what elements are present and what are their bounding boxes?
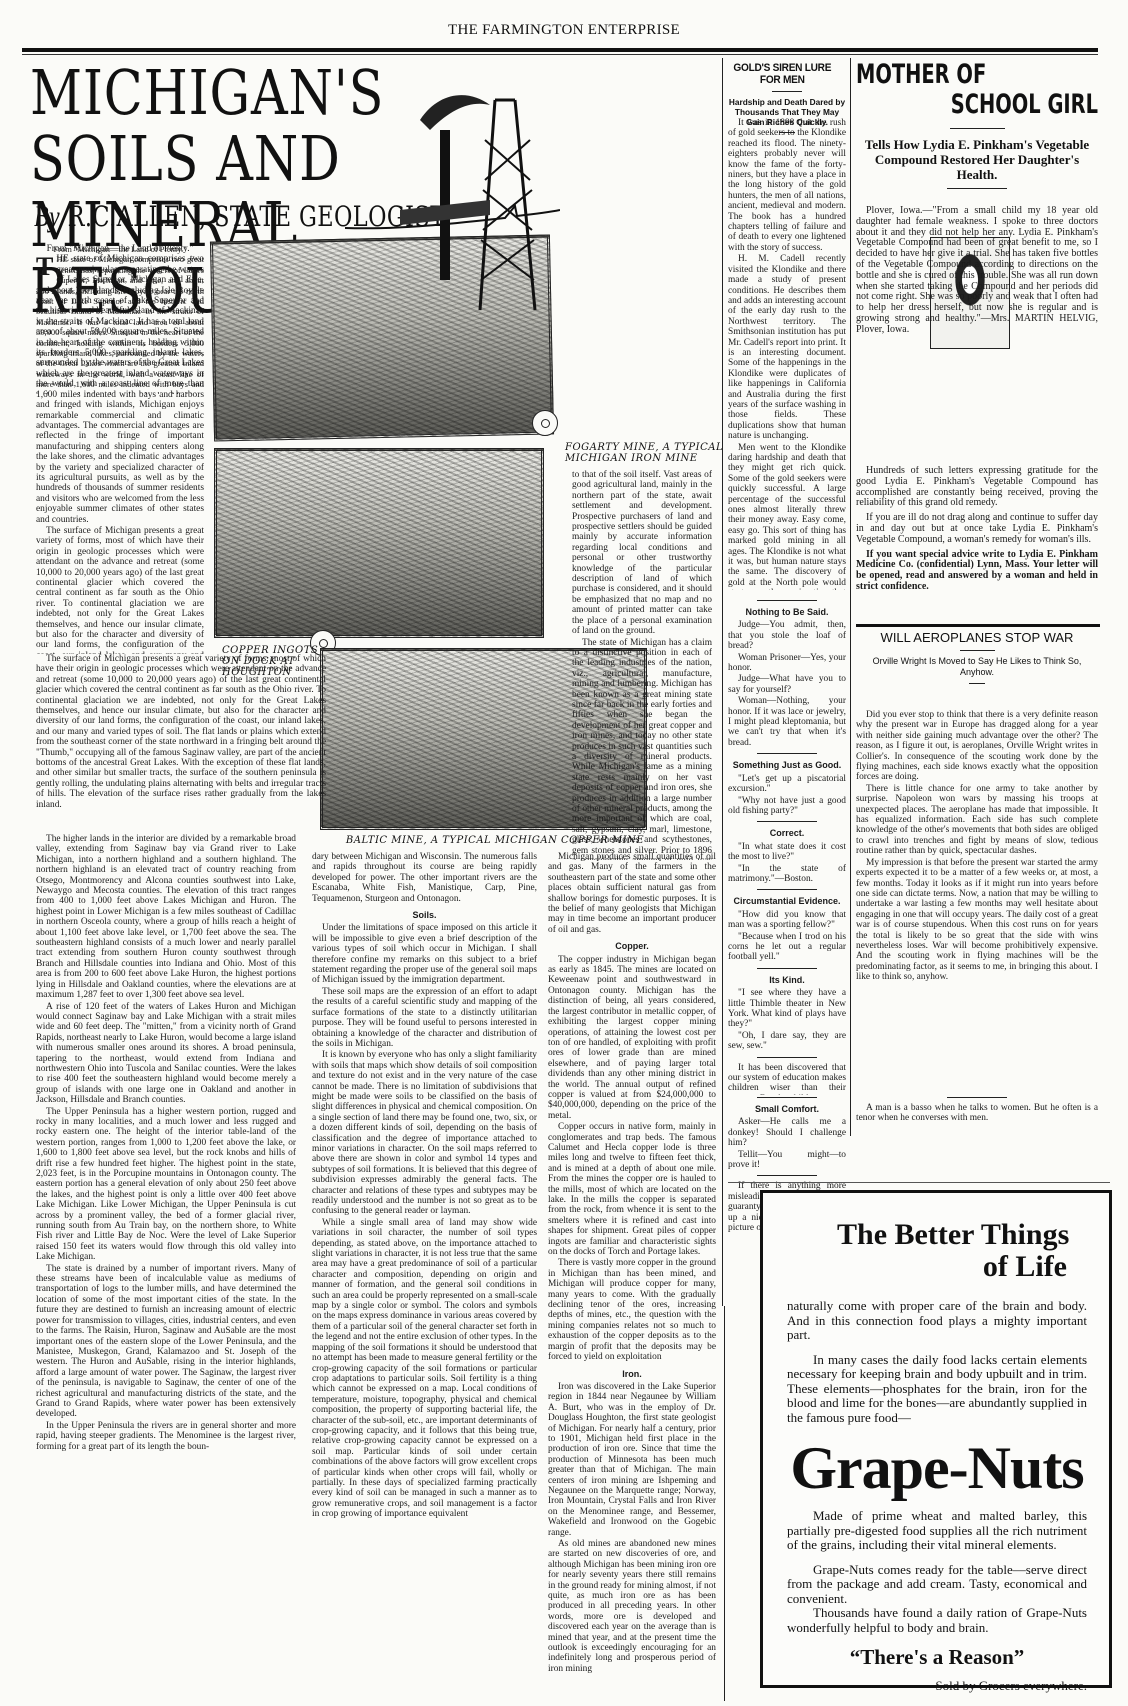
article-paragraph: Michigan produces small quantities of oi… <box>548 852 716 935</box>
pinkham-testimonial: Plover, Iowa.—"From a small child my 18 … <box>856 206 1098 466</box>
rule <box>757 889 817 890</box>
caption-fogarty-mine: FOGARTY MINE, A TYPICAL MICHIGAN IRON MI… <box>565 442 745 464</box>
article-paragraph: Copper occurs in native form, mainly in … <box>548 1122 716 1257</box>
article-paragraph: HE state of Michigan comprises two great… <box>36 254 204 524</box>
column-rule <box>850 58 851 1100</box>
ad-bottom-rule <box>856 624 1100 627</box>
filler-title: Something Just as Good. <box>728 760 846 770</box>
gold-headline: GOLD'S SIREN LURE FOR MEN <box>728 62 837 86</box>
filler-line: It has been discovered that our system o… <box>728 1063 846 1095</box>
filler-line: Woman—Nothing, your honor. If it was lac… <box>728 696 846 748</box>
photo-copper-ingots <box>214 448 544 638</box>
main-article-column-1-wide: The surface of Michigan presents a great… <box>36 654 326 834</box>
filler-title: Its Kind. <box>728 975 846 985</box>
pinkham-headline-2: SCHOOL GIRL <box>924 90 1098 120</box>
rule <box>757 821 817 822</box>
article-paragraph: Iron was discovered in the Lake Superior… <box>548 1382 716 1538</box>
filler-line: "How did you know that man was a sportin… <box>728 910 846 931</box>
filler-line: Judge—What have you to say for yourself? <box>728 674 846 695</box>
article-paragraph: As old mines are abandoned new mines are… <box>548 1539 716 1674</box>
filler-line: Tellit—You might—to prove it! <box>728 1150 846 1171</box>
rule <box>950 128 1005 129</box>
filler-line: "In what state does it cost the most to … <box>728 842 846 863</box>
main-article-column-2: dary between Michigan and Wisconsin. The… <box>312 852 537 1704</box>
article-paragraph: It is known by everyone who has only a s… <box>312 1050 537 1217</box>
article-paragraph: There is vastly more copper in the groun… <box>548 1258 716 1362</box>
article-paragraph: The surface of Michigan presents a great… <box>36 526 204 654</box>
article-paragraph: The state of Michigan has a claim to a d… <box>572 638 712 861</box>
filler-line: Asker—He calls me a donkey! Should I cha… <box>728 1117 846 1148</box>
ad-paragraph: In many cases the daily food lacks certa… <box>787 1353 1087 1426</box>
column-rule <box>722 58 723 1306</box>
ad-brand-name: Grape-Nuts <box>787 1435 1087 1501</box>
ad-title-line-2: of Life <box>787 1251 1087 1283</box>
rule <box>757 968 817 969</box>
filler-line: Woman Prisoner—Yes, your honor. <box>728 653 846 674</box>
pinkham-ad: MOTHER OF SCHOOL GIRL Tells How Lydia E.… <box>856 60 1098 195</box>
main-article-column-1: From "Michigan—the Land of Plenty." THE … <box>36 244 204 654</box>
rule <box>757 1057 817 1058</box>
article-paragraph: There is little chance for one army to t… <box>856 784 1098 857</box>
grapenuts-ad: The Better Things of Life naturally come… <box>760 1190 1112 1688</box>
rule <box>772 91 802 92</box>
rule <box>947 188 1007 189</box>
section-heading-copper: Copper. <box>548 941 716 951</box>
article-paragraph: The state is drained by a number of impo… <box>36 1264 296 1420</box>
filler-line: "In the state of matrimony."—Boston. <box>728 864 846 885</box>
flower-ornament-icon <box>532 410 558 436</box>
byline-prefix: By <box>34 200 60 233</box>
drop-cap: T <box>36 256 53 278</box>
ad-title-line-1: The Better Things <box>787 1219 1087 1251</box>
pinkham-paragraph: Hundreds of such letters expressing grat… <box>856 466 1098 509</box>
filler-line: Judge—You admit, then, that you stole th… <box>728 620 846 651</box>
section-rule <box>728 1182 1110 1183</box>
article-paragraph: Under the limitations of space imposed o… <box>312 923 537 985</box>
masthead-rule <box>22 48 1098 52</box>
column-rule <box>724 1306 725 1701</box>
newspaper-masthead: THE FARMINGTON ENTERPRISE <box>0 22 1128 39</box>
ad-slogan: “There's a Reason” <box>787 1645 1087 1670</box>
pinkham-headline-1: MOTHER OF <box>856 60 1030 90</box>
aeroplanes-body: Did you ever stop to think that there is… <box>856 710 1098 1090</box>
rule <box>757 600 817 601</box>
section-heading-iron: Iron. <box>548 1369 716 1379</box>
filler-line: "Why not have just a good old fishing pa… <box>728 796 846 817</box>
article-paragraph: While a single small area of land may sh… <box>312 1218 537 1520</box>
article-paragraph: The surface of Michigan presents a great… <box>36 654 326 810</box>
article-paragraph: These soil maps are the expression of an… <box>312 987 537 1049</box>
ad-paragraph: Thousands have found a daily ration of G… <box>787 1606 1087 1635</box>
filler-title: Nothing to Be Said. <box>728 607 846 617</box>
mine-headframe-illustration <box>400 60 560 320</box>
filler-title: Circumstantial Evidence. <box>728 896 846 906</box>
article-paragraph: Did you ever stop to think that there is… <box>856 710 1098 783</box>
rule <box>969 683 985 684</box>
article-paragraph: My impression is that before the present… <box>856 858 1098 983</box>
fillers-column: Nothing to Be Said. Judge—You admit, the… <box>728 595 846 1095</box>
aeroplanes-filler: A man is a basso when he talks to women.… <box>856 1092 1098 1132</box>
ad-footer: Sold by Grocers everywhere. <box>787 1678 1087 1694</box>
article-paragraph: The higher lands in the interior are div… <box>36 834 296 1001</box>
rule <box>947 1097 1007 1098</box>
article-paragraph: A rise of 120 feet of the waters of Lake… <box>36 1002 296 1106</box>
article-paragraph: It was in 1898 that the rush of gold see… <box>728 118 846 253</box>
aeroplanes-subhead: Orville Wright Is Moved to Say He Likes … <box>856 656 1098 678</box>
article-paragraph: dary between Michigan and Wisconsin. The… <box>312 852 537 904</box>
filler-line: A man is a basso when he talks to women.… <box>856 1103 1098 1124</box>
article-paragraph: The Upper Peninsula has a higher western… <box>36 1107 296 1263</box>
aeroplanes-article: WILL AEROPLANES STOP WAR Orville Wright … <box>856 630 1098 689</box>
filler-line: "Oh, I dare say, they are sew, sew." <box>728 1031 846 1052</box>
article-paragraph: to that of the soil itself. Vast areas o… <box>572 470 712 637</box>
ad-intro: naturally come with proper care of the b… <box>787 1299 1087 1343</box>
masthead-rule-thin <box>22 54 1098 55</box>
pinkham-body: Hundreds of such letters expressing grat… <box>856 466 1098 616</box>
rule <box>757 1175 817 1176</box>
pinkham-paragraph: If you are ill do not drag along and con… <box>856 513 1098 545</box>
rule <box>757 753 817 754</box>
main-article-column-3-lower: Michigan produces small quantities of oi… <box>548 852 716 1704</box>
source-note: From "Michigan—the Land of Plenty." <box>36 244 204 254</box>
ad-paragraph: Grape-Nuts comes ready for the table—ser… <box>787 1563 1087 1607</box>
ad-paragraph: Made of prime wheat and malted barley, t… <box>787 1509 1087 1553</box>
filler-title: Correct. <box>728 828 846 838</box>
filler-title: Small Comfort. <box>728 1104 846 1114</box>
article-paragraph: Men went to the Klondike daring hardship… <box>728 443 846 590</box>
testimonial-text: Plover, Iowa.—"From a small child my 18 … <box>856 206 1098 336</box>
rule <box>960 650 995 651</box>
gold-article-body: It was in 1898 that the rush of gold see… <box>728 118 846 590</box>
filler-line: "Let's get up a piscatorial excursion." <box>728 774 846 795</box>
aeroplanes-headline: WILL AEROPLANES STOP WAR <box>856 630 1098 645</box>
pinkham-paragraph: If you want special advice write to Lydi… <box>856 550 1098 593</box>
main-article-column-3-upper: to that of the soil itself. Vast areas o… <box>572 470 712 860</box>
filler-line: "I see where they have a little Thimble … <box>728 988 846 1030</box>
article-paragraph: In the Upper Peninsula the rivers are in… <box>36 1421 296 1452</box>
pinkham-subhead: Tells How Lydia E. Pinkham's Vegetable C… <box>856 137 1098 182</box>
article-paragraph: The copper industry in Michigan began as… <box>548 955 716 1122</box>
rule <box>757 1097 817 1098</box>
section-heading-soils: Soils. <box>312 910 537 920</box>
filler-line: "Because when I trod on his corns he let… <box>728 932 846 963</box>
column-rule <box>850 1096 851 1136</box>
article-paragraph: H. M. Cadell recently visited the Klondi… <box>728 254 846 441</box>
main-article-column-1-lower: The higher lands in the interior are div… <box>36 834 296 1704</box>
